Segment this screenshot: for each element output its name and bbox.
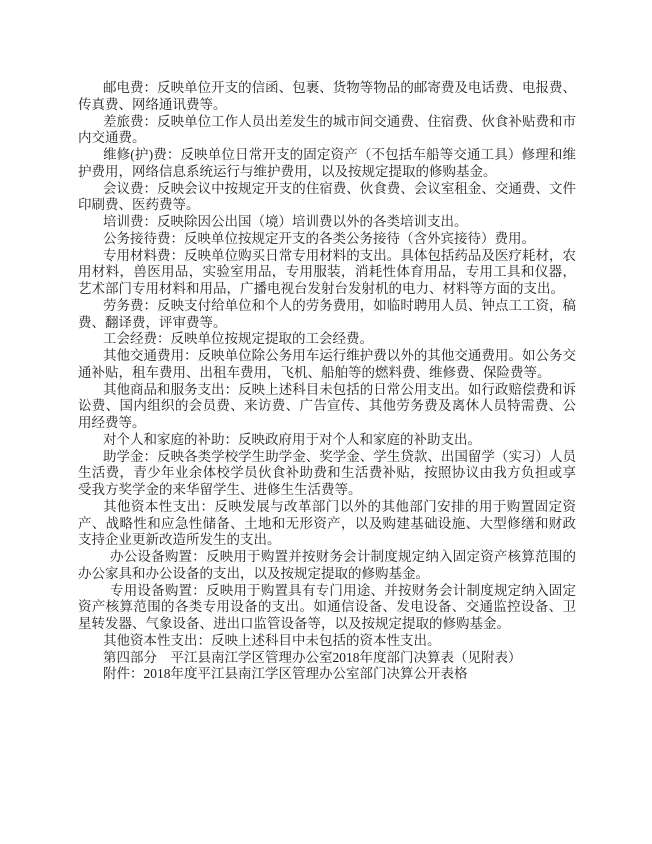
paragraph: 培训费：反映除因公出国（境）培训费以外的各类培训支出。 — [78, 214, 576, 231]
paragraph: 公务接待费：反映单位按规定开支的各类公务接待（含外宾接待）费用。 — [78, 231, 576, 248]
document-body: 邮电费：反映单位开支的信函、包裹、货物等物品的邮寄费及电话费、电报费、传真费、网… — [78, 80, 576, 683]
paragraph: 其他交通费用：反映单位除公务用车运行维护费以外的其他交通费用。如公务交通补贴，租… — [78, 348, 576, 382]
paragraph: 邮电费：反映单位开支的信函、包裹、货物等物品的邮寄费及电话费、电报费、传真费、网… — [78, 80, 576, 114]
paragraph: 劳务费：反映支付给单位和个人的劳务费用，如临时聘用人员、钟点工工资，稿费、翻译费… — [78, 298, 576, 332]
paragraph: 差旅费：反映单位工作人员出差发生的城市间交通费、住宿费、伙食补贴费和市内交通费。 — [78, 114, 576, 148]
paragraph: 其他商品和服务支出：反映上述科目未包括的日常公用支出。如行政赔偿费和诉讼费、国内… — [78, 382, 576, 432]
paragraph: 专用设备购置：反映用于购置具有专门用途、并按财务会计制度规定纳入固定资产核算范围… — [78, 583, 576, 633]
paragraph: 会议费：反映会议中按规定开支的住宿费、伙食费、会议室租金、交通费、文件印刷费、医… — [78, 181, 576, 215]
document-page: 邮电费：反映单位开支的信函、包裹、货物等物品的邮寄费及电话费、电报费、传真费、网… — [78, 80, 576, 683]
paragraph: 工会经费：反映单位按规定提取的工会经费。 — [78, 331, 576, 348]
paragraph: 办公设备购置：反映用于购置并按财务会计制度规定纳入固定资产核算范围的办公家具和办… — [78, 549, 576, 583]
paragraph: 对个人和家庭的补助：反映政府用于对个人和家庭的补助支出。 — [78, 432, 576, 449]
paragraph: 专用材料费：反映单位购买日常专用材料的支出。具体包括药品及医疗耗材，农用材料，兽… — [78, 248, 576, 298]
paragraph: 其他资本性支出：反映发展与改革部门以外的其他部门安排的用于购置固定资产、战略性和… — [78, 499, 576, 549]
paragraph: 维修(护)费：反映单位日常开支的固定资产（不包括车船等交通工具）修理和维护费用，… — [78, 147, 576, 181]
paragraph: 第四部分 平江县南江学区管理办公室2018年度部门决算表（见附表） — [78, 650, 576, 667]
paragraph: 其他资本性支出：反映上述科目中未包括的资本性支出。 — [78, 633, 576, 650]
paragraph: 助学金：反映各类学校学生助学金、奖学金、学生贷款、出国留学（实习）人员生活费，青… — [78, 449, 576, 499]
paragraph: 附件：2018年度平江县南江学区管理办公室部门决算公开表格 — [78, 666, 576, 683]
